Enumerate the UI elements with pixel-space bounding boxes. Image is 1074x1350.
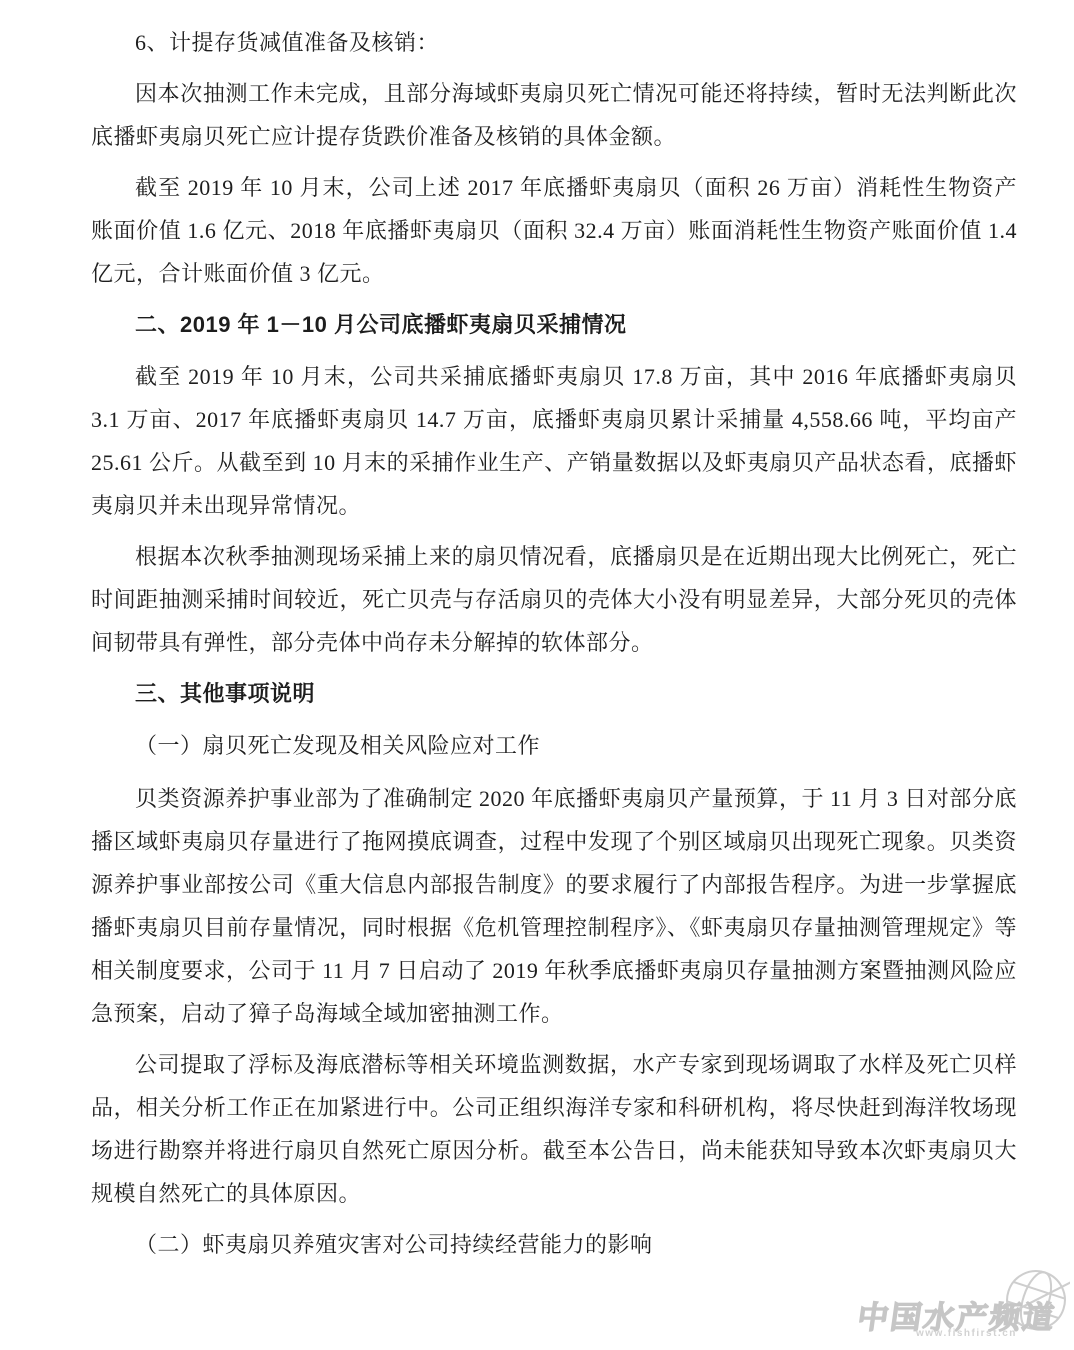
paragraph-harvest-stats: 截至 2019 年 10 月末，公司共采捕底播虾夷扇贝 17.8 万亩，其中 2… [91,355,1017,527]
section-heading-other-matters: 三、其他事项说明 [91,672,1017,715]
numbered-item-inventory-provision: 6、计提存货减值准备及核销： [91,21,1017,64]
paragraph-autumn-sampling-observation: 根据本次秋季抽测现场采捕上来的扇贝情况看，底播扇贝是在近期出现大比例死亡，死亡时… [91,535,1017,664]
watermark-title: 中国水产频道 [855,1292,1059,1337]
document-page: 6、计提存货减值准备及核销： 因本次抽测工作未完成，且部分海域虾夷扇贝死亡情况可… [91,21,1017,1276]
subsection-heading-operating-impact: （二）虾夷扇贝养殖灾害对公司持续经营能力的影响 [91,1223,1017,1266]
paragraph-investigation-status: 公司提取了浮标及海底潜标等相关环境监测数据，水产专家到现场调取了水样及死亡贝样品… [91,1043,1017,1215]
watermark: 中国水产频道 www.fishfirst.cn [858,1270,1070,1344]
paragraph-discovery-process: 贝类资源养护事业部为了准确制定 2020 年底播虾夷扇贝产量预算，于 11 月 … [91,777,1017,1035]
watermark-url: www.fishfirst.cn [916,1328,1017,1339]
subsection-heading-death-discovery: （一）扇贝死亡发现及相关风险应对工作 [91,724,1017,767]
globe-icon [1002,1266,1070,1334]
paragraph-provision-uncertainty: 因本次抽测工作未完成，且部分海域虾夷扇贝死亡情况可能还将持续，暂时无法判断此次底… [91,72,1017,158]
section-heading-harvest-situation: 二、2019 年 1－10 月公司底播虾夷扇贝采捕情况 [91,303,1017,346]
paragraph-book-value: 截至 2019 年 10 月末，公司上述 2017 年底播虾夷扇贝（面积 26 … [91,166,1017,295]
